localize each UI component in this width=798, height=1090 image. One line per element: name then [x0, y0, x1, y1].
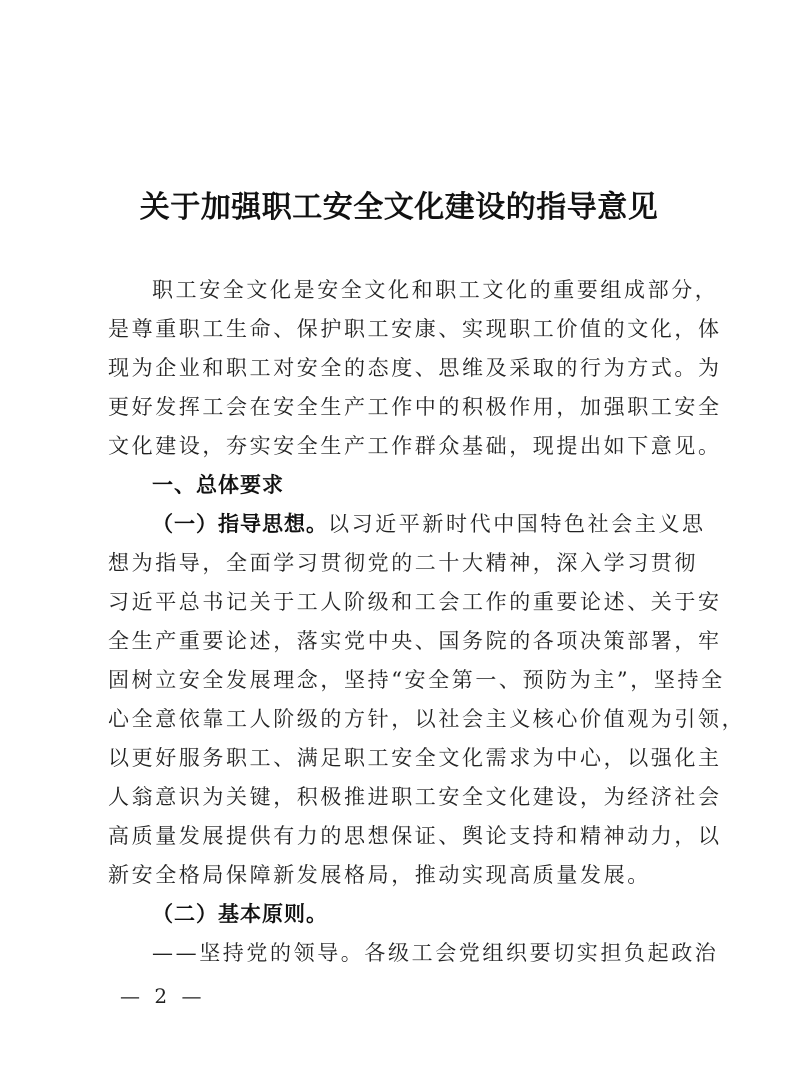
subsection-heading: （一）指导思想。: [152, 512, 328, 536]
document-body: 职工安全文化是安全文化和职工文化的重要组成部分， 是尊重职工生命、保护职工安康、…: [108, 271, 692, 973]
page-number: — 2 —: [120, 984, 205, 1008]
paragraph-line: 固树立安全发展理念，坚持“安全第一、预防为主”，坚持全: [108, 661, 692, 700]
paragraph-line: 职工安全文化是安全文化和职工文化的重要组成部分，: [108, 271, 692, 310]
document-page: 关于加强职工安全文化建设的指导意见 职工安全文化是安全文化和职工文化的重要组成部…: [0, 0, 798, 1090]
paragraph-line: 更好发挥工会在安全生产工作中的积极作用，加强职工安全: [108, 388, 692, 427]
subsection-first-line: （二）基本原则。: [108, 895, 692, 934]
section-heading: 一、总体要求: [108, 466, 692, 505]
paragraph-line: 以更好服务职工、满足职工安全文化需求为中心，以强化主: [108, 739, 692, 778]
paragraph-line: 心全意依靠工人阶级的方针，以社会主义核心价值观为引领，: [108, 700, 692, 739]
paragraph-line: 全生产重要论述，落实党中央、国务院的各项决策部署，牢: [108, 622, 692, 661]
paragraph-line: 现为企业和职工对安全的态度、思维及采取的行为方式。为: [108, 349, 692, 388]
document-title: 关于加强职工安全文化建设的指导意见: [0, 188, 798, 228]
paragraph-line: 高质量发展提供有力的思想保证、舆论支持和精神动力，以: [108, 817, 692, 856]
paragraph-line: ——坚持党的领导。各级工会党组织要切实担负起政治: [108, 934, 692, 973]
paragraph-line: 想为指导，全面学习贯彻党的二十大精神，深入学习贯彻: [108, 544, 692, 583]
paragraph-line: 是尊重职工生命、保护职工安康、实现职工价值的文化，体: [108, 310, 692, 349]
subsection-first-line: （一）指导思想。以习近平新时代中国特色社会主义思: [108, 505, 692, 544]
paragraph-line: 人翁意识为关键，积极推进职工安全文化建设，为经济社会: [108, 778, 692, 817]
paragraph-line: 文化建设，夯实安全生产工作群众基础，现提出如下意见。: [108, 427, 692, 466]
paragraph-text: 以习近平新时代中国特色社会主义思: [328, 512, 706, 536]
paragraph-line: 习近平总书记关于工人阶级和工会工作的重要论述、关于安: [108, 583, 692, 622]
paragraph-line: 新安全格局保障新发展格局，推动实现高质量发展。: [108, 856, 692, 895]
subsection-heading: （二）基本原则。: [152, 902, 328, 926]
